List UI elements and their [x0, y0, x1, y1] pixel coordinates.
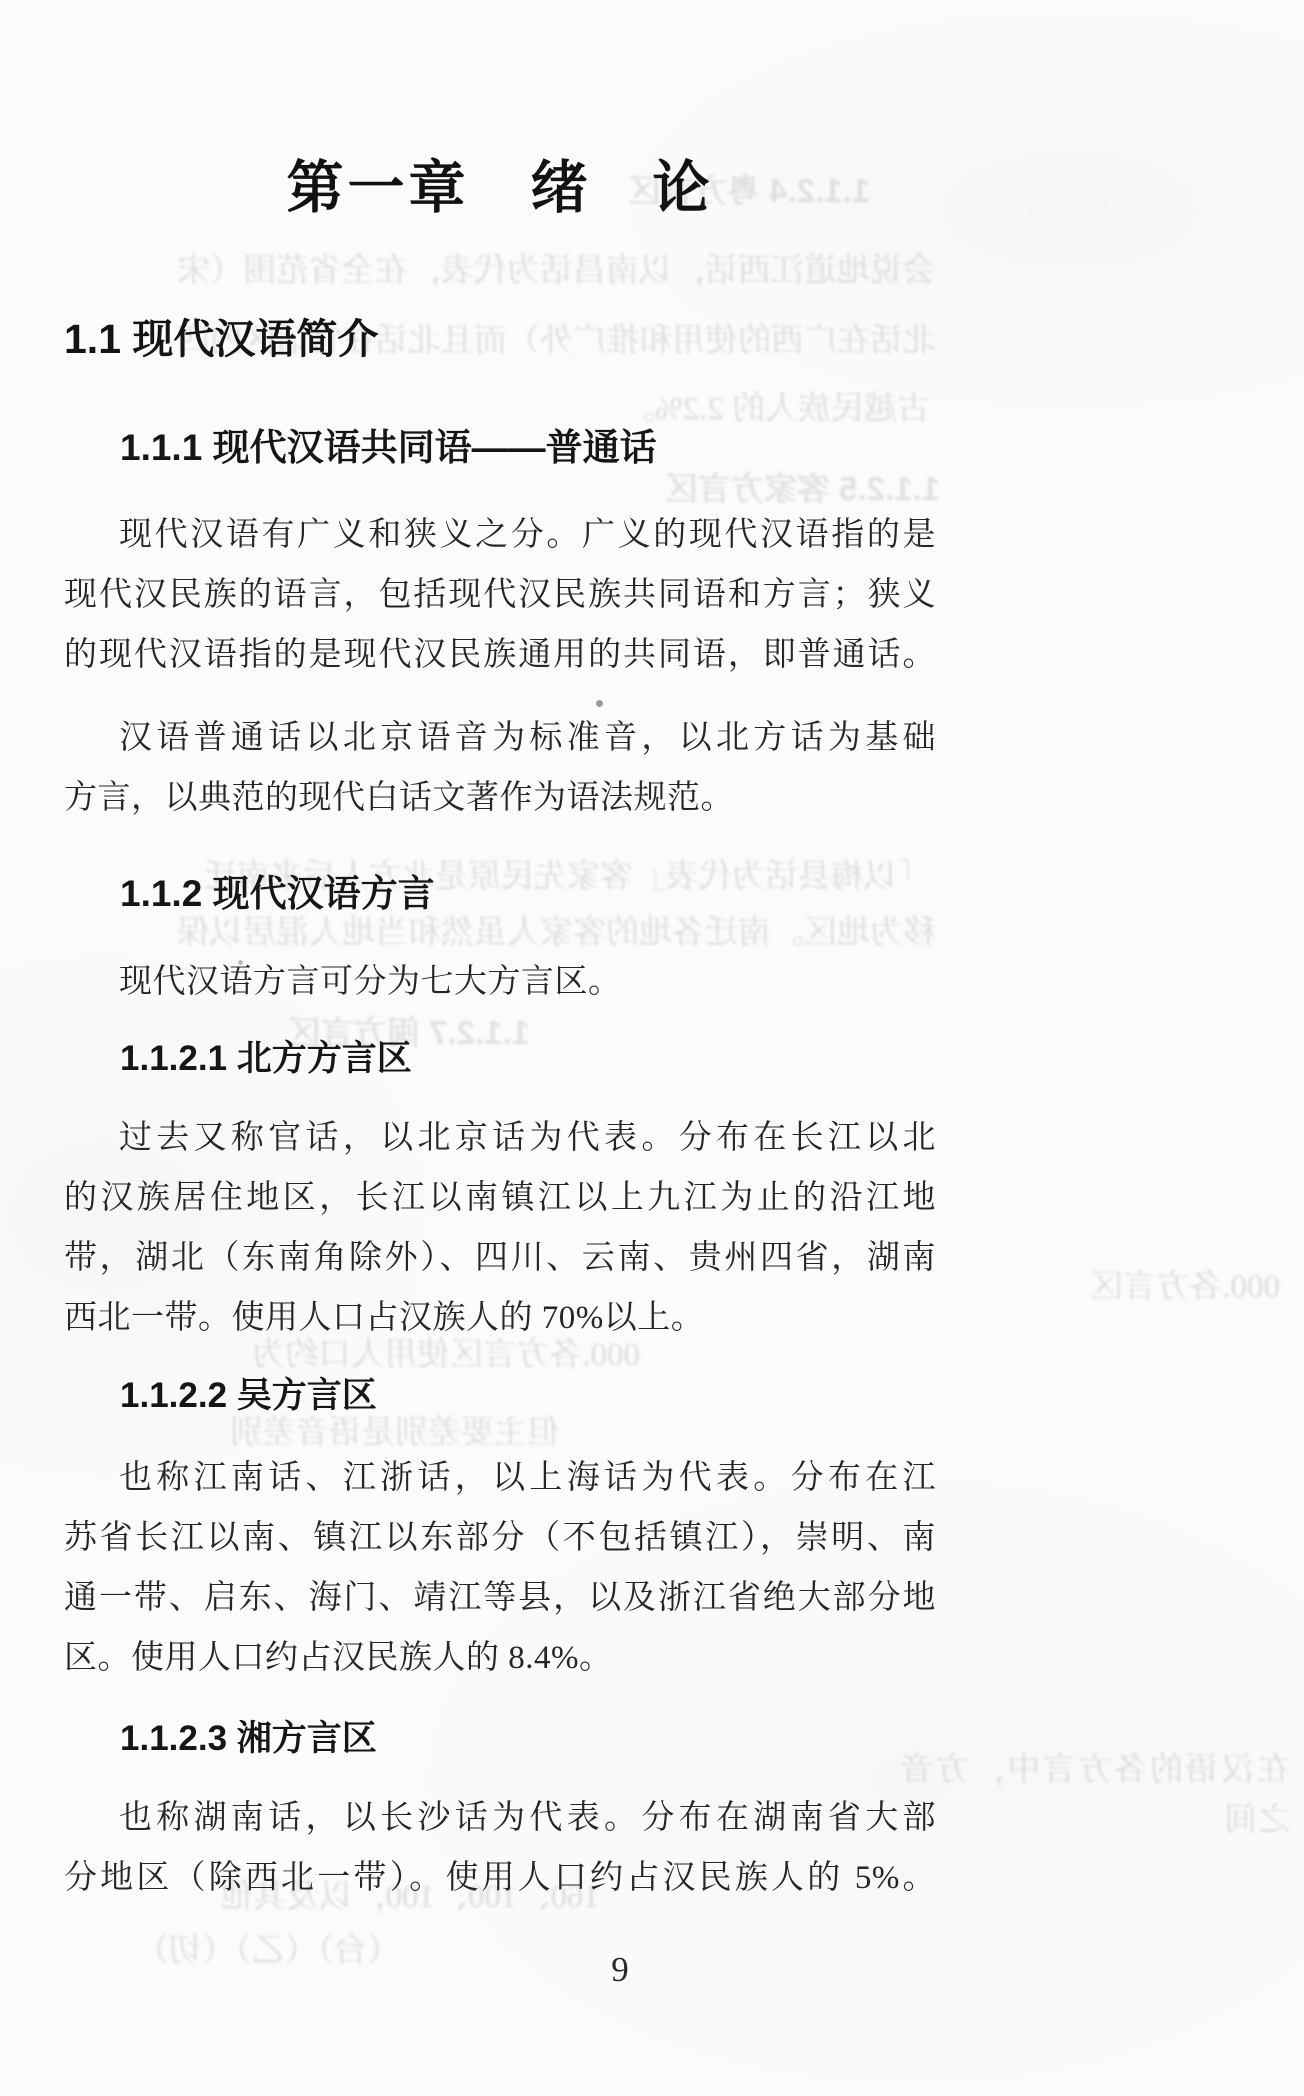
text-line: 方言，以典范的现代白话文著作为语法规范。 — [64, 768, 936, 828]
page-number: 9 — [0, 1950, 1240, 1990]
text-line: 现代汉语方言可分为七大方言区。 — [64, 952, 936, 1012]
paragraph-putonghua-standard: 汉语普通话以北京语音为标准音，以北方话为基础 方言，以典范的现代白话文著作为语法… — [64, 708, 936, 828]
chapter-title: 第一章 绪 论 — [64, 148, 936, 228]
text-line: 现代汉语有广义和狭义之分。广义的现代汉语指的是 — [64, 505, 936, 565]
section-heading-1-1-2-2: 1.1.2.2 吴方言区 — [64, 1373, 992, 1419]
paragraph-wu-dialect: 也称江南话、江浙话，以上海话为代表。分布在江 苏省长江以南、镇江以东部分（不包括… — [64, 1448, 936, 1688]
paragraph-xiang-dialect: 也称湖南话，以长沙话为代表。分布在湖南省大部 分地区（除西北一带）。使用人口约占… — [64, 1788, 936, 1908]
text-line: 的汉族居住地区，长江以南镇江以上九江为止的沿江地 — [64, 1168, 936, 1228]
text-line: 西北一带。使用人口占汉族人的 70%以上。 — [64, 1288, 936, 1348]
paragraph-putonghua-definition: 现代汉语有广义和狭义之分。广义的现代汉语指的是 现代汉民族的语言，包括现代汉民族… — [64, 505, 936, 685]
bleedthrough-line: 000.各方言区 — [950, 1262, 1280, 1312]
paragraph-northern-dialect: 过去又称官话，以北京话为代表。分布在长江以北 的汉族居住地区，长江以南镇江以上九… — [64, 1108, 936, 1348]
paragraph-dialect-regions: 现代汉语方言可分为七大方言区。 — [64, 952, 936, 1012]
section-heading-1-1-2-3: 1.1.2.3 湘方言区 — [64, 1716, 992, 1762]
section-heading-1-1-1: 1.1.1 现代汉语共同语——普通话 — [64, 424, 992, 472]
scanned-book-page: 1.1.2.4 粤方言区 会说地道江西话，以南昌话为代表，在全省范围（宋 北话在… — [0, 0, 1304, 2096]
text-line: 的现代汉语指的是现代汉民族通用的共同语，即普通话。 — [64, 625, 936, 685]
section-heading-1-1: 1.1 现代汉语简介 — [64, 314, 936, 364]
text-line: 区。使用人口约占汉民族人的 8.4%。 — [64, 1628, 936, 1688]
text-line: 带，湖北（东南角除外）、四川、云南、贵州四省，湖南 — [64, 1228, 936, 1288]
section-heading-1-1-2: 1.1.2 现代汉语方言 — [64, 870, 992, 918]
scan-speck — [596, 700, 603, 707]
text-line: 分地区（除西北一带）。使用人口约占汉民族人的 5%。 — [64, 1848, 936, 1908]
text-line: 苏省长江以南、镇江以东部分（不包括镇江），崇明、南 — [64, 1508, 936, 1568]
bleedthrough-line: 会说地道江西话，以南昌话为代表，在全省范围（宋 — [64, 246, 936, 296]
section-heading-1-1-2-1: 1.1.2.1 北方方言区 — [64, 1036, 992, 1082]
text-line: 通一带、启东、海门、靖江等县，以及浙江省绝大部分地 — [64, 1568, 936, 1628]
text-line: 过去又称官话，以北京话为代表。分布在长江以北 — [64, 1108, 936, 1168]
text-line: 现代汉民族的语言，包括现代汉民族共同语和方言；狭义 — [64, 565, 936, 625]
text-line: 也称江南话、江浙话，以上海话为代表。分布在江 — [64, 1448, 936, 1508]
scan-speck — [238, 960, 243, 965]
text-line: 汉语普通话以北京语音为标准音，以北方话为基础 — [64, 708, 936, 768]
text-line: 也称湖南话，以长沙话为代表。分布在湖南省大部 — [64, 1788, 936, 1848]
